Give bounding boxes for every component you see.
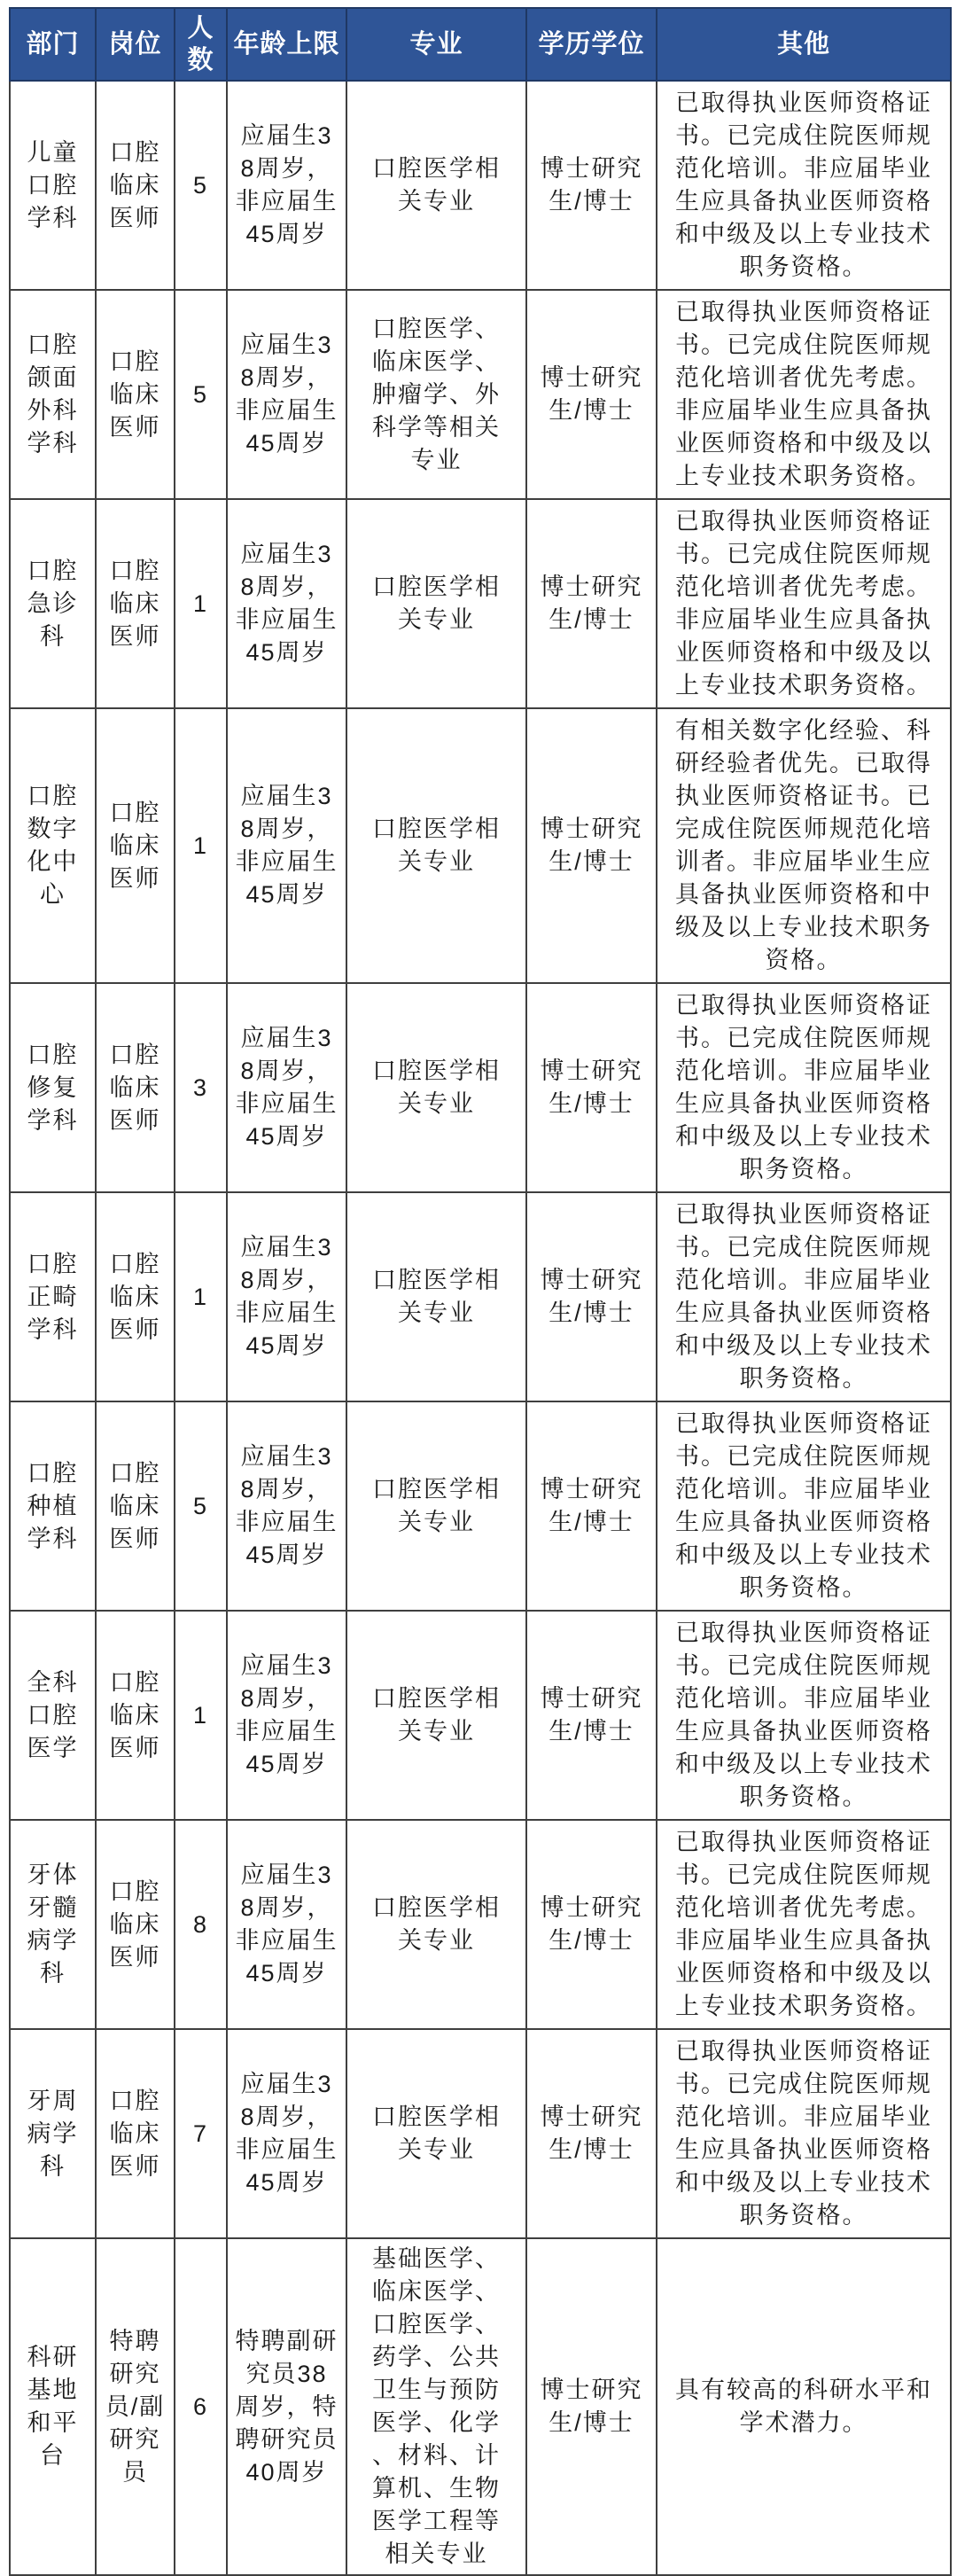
table-row: 牙体牙髓病学科口腔临床医师8应届生38周岁，非应届生45周岁口腔医学相关专业博士… bbox=[10, 1820, 951, 2029]
cell-count: 5 bbox=[175, 1401, 227, 1611]
page: 部门 岗位 人数 年龄上限 专业 学历学位 其他 儿童口腔学科口腔临床医师5应届… bbox=[0, 0, 957, 2504]
table-row: 口腔急诊科口腔临床医师1应届生38周岁，非应届生45周岁口腔医学相关专业博士研究… bbox=[10, 499, 951, 708]
cell-dept: 口腔修复学科 bbox=[10, 983, 96, 1192]
column-header-other: 其他 bbox=[657, 8, 951, 81]
table-row: 口腔种植学科口腔临床医师5应届生38周岁，非应届生45周岁口腔医学相关专业博士研… bbox=[10, 1401, 951, 1611]
cell-age: 应届生38周岁，非应届生45周岁 bbox=[227, 1192, 346, 1401]
cell-major: 口腔医学相关专业 bbox=[346, 1401, 526, 1611]
cell-other: 已取得执业医师资格证书。已完成住院医师规范化培训。非应届毕业生应具备执业医师资格… bbox=[657, 2029, 951, 2238]
cell-post: 口腔临床医师 bbox=[96, 81, 175, 290]
cell-major: 口腔医学相关专业 bbox=[346, 81, 526, 290]
cell-count: 5 bbox=[175, 290, 227, 499]
cell-major: 口腔医学相关专业 bbox=[346, 1192, 526, 1401]
cell-count: 1 bbox=[175, 708, 227, 983]
cell-age: 应届生38周岁，非应届生45周岁 bbox=[227, 81, 346, 290]
cell-other: 已取得执业医师资格证书。已完成住院医师规范化培训者优先考虑。非应届毕业生应具备执… bbox=[657, 290, 951, 499]
cell-post: 特聘研究员/副研究员 bbox=[96, 2238, 175, 2575]
cell-count: 1 bbox=[175, 499, 227, 708]
cell-age: 应届生38周岁，非应届生45周岁 bbox=[227, 499, 346, 708]
cell-other: 已取得执业医师资格证书。已完成住院医师规范化培训。非应届毕业生应具备执业医师资格… bbox=[657, 983, 951, 1192]
cell-age: 应届生38周岁，非应届生45周岁 bbox=[227, 1611, 346, 1820]
cell-degree: 博士研究生/博士 bbox=[526, 708, 657, 983]
cell-post: 口腔临床医师 bbox=[96, 708, 175, 983]
cell-post: 口腔临床医师 bbox=[96, 2029, 175, 2238]
cell-count: 5 bbox=[175, 81, 227, 290]
cell-age: 应届生38周岁，非应届生45周岁 bbox=[227, 2029, 346, 2238]
table-row: 儿童口腔学科口腔临床医师5应届生38周岁，非应届生45周岁口腔医学相关专业博士研… bbox=[10, 81, 951, 290]
cell-age: 应届生38周岁，非应届生45周岁 bbox=[227, 1401, 346, 1611]
cell-dept: 全科口腔医学 bbox=[10, 1611, 96, 1820]
table-row: 口腔颌面外科学科口腔临床医师5应届生38周岁，非应届生45周岁口腔医学、临床医学… bbox=[10, 290, 951, 499]
table-row: 口腔数字化中心口腔临床医师1应届生38周岁，非应届生45周岁口腔医学相关专业博士… bbox=[10, 708, 951, 983]
table-header: 部门 岗位 人数 年龄上限 专业 学历学位 其他 bbox=[10, 8, 951, 81]
table-body: 儿童口腔学科口腔临床医师5应届生38周岁，非应届生45周岁口腔医学相关专业博士研… bbox=[10, 81, 951, 2575]
cell-other: 已取得执业医师资格证书。已完成住院医师规范化培训。非应届毕业生应具备执业医师资格… bbox=[657, 1401, 951, 1611]
cell-count: 7 bbox=[175, 2029, 227, 2238]
cell-other: 具有较高的科研水平和学术潜力。 bbox=[657, 2238, 951, 2575]
cell-major: 口腔医学相关专业 bbox=[346, 983, 526, 1192]
cell-post: 口腔临床医师 bbox=[96, 290, 175, 499]
cell-major: 口腔医学、临床医学、肿瘤学、外科学等相关专业 bbox=[346, 290, 526, 499]
cell-degree: 博士研究生/博士 bbox=[526, 2238, 657, 2575]
cell-degree: 博士研究生/博士 bbox=[526, 2029, 657, 2238]
cell-other: 已取得执业医师资格证书。已完成住院医师规范化培训。非应届毕业生应具备执业医师资格… bbox=[657, 1611, 951, 1820]
cell-degree: 博士研究生/博士 bbox=[526, 1192, 657, 1401]
cell-major: 口腔医学相关专业 bbox=[346, 2029, 526, 2238]
cell-count: 1 bbox=[175, 1192, 227, 1401]
cell-dept: 口腔正畸学科 bbox=[10, 1192, 96, 1401]
cell-post: 口腔临床医师 bbox=[96, 983, 175, 1192]
column-header-post: 岗位 bbox=[96, 8, 175, 81]
cell-post: 口腔临床医师 bbox=[96, 1611, 175, 1820]
cell-other: 已取得执业医师资格证书。已完成住院医师规范化培训。非应届毕业生应具备执业医师资格… bbox=[657, 1192, 951, 1401]
cell-count: 3 bbox=[175, 983, 227, 1192]
cell-dept: 牙体牙髓病学科 bbox=[10, 1820, 96, 2029]
cell-degree: 博士研究生/博士 bbox=[526, 983, 657, 1192]
table-row: 全科口腔医学口腔临床医师1应届生38周岁，非应届生45周岁口腔医学相关专业博士研… bbox=[10, 1611, 951, 1820]
cell-dept: 科研基地和平台 bbox=[10, 2238, 96, 2575]
cell-dept: 口腔数字化中心 bbox=[10, 708, 96, 983]
cell-count: 6 bbox=[175, 2238, 227, 2575]
cell-count: 1 bbox=[175, 1611, 227, 1820]
cell-other: 已取得执业医师资格证书。已完成住院医师规范化培训者优先考虑。非应届毕业生应具备执… bbox=[657, 1820, 951, 2029]
column-header-count: 人数 bbox=[175, 8, 227, 81]
cell-post: 口腔临床医师 bbox=[96, 1192, 175, 1401]
table-row: 口腔修复学科口腔临床医师3应届生38周岁，非应届生45周岁口腔医学相关专业博士研… bbox=[10, 983, 951, 1192]
cell-major: 基础医学、临床医学、口腔医学、药学、公共卫生与预防医学、化学、材料、计算机、生物… bbox=[346, 2238, 526, 2575]
cell-major: 口腔医学相关专业 bbox=[346, 499, 526, 708]
header-row: 部门 岗位 人数 年龄上限 专业 学历学位 其他 bbox=[10, 8, 951, 81]
cell-major: 口腔医学相关专业 bbox=[346, 708, 526, 983]
column-header-dept: 部门 bbox=[10, 8, 96, 81]
cell-dept: 口腔种植学科 bbox=[10, 1401, 96, 1611]
cell-degree: 博士研究生/博士 bbox=[526, 81, 657, 290]
cell-count: 8 bbox=[175, 1820, 227, 2029]
table-row: 科研基地和平台特聘研究员/副研究员6特聘副研究员38周岁，特聘研究员40周岁基础… bbox=[10, 2238, 951, 2575]
table-row: 牙周病学科口腔临床医师7应届生38周岁，非应届生45周岁口腔医学相关专业博士研究… bbox=[10, 2029, 951, 2238]
column-header-age: 年龄上限 bbox=[227, 8, 346, 81]
cell-dept: 口腔颌面外科学科 bbox=[10, 290, 96, 499]
cell-other: 已取得执业医师资格证书。已完成住院医师规范化培训者优先考虑。非应届毕业生应具备执… bbox=[657, 499, 951, 708]
cell-degree: 博士研究生/博士 bbox=[526, 290, 657, 499]
column-header-degree: 学历学位 bbox=[526, 8, 657, 81]
cell-post: 口腔临床医师 bbox=[96, 1401, 175, 1611]
cell-other: 有相关数字化经验、科研经验者优先。已取得执业医师资格证书。已完成住院医师规范化培… bbox=[657, 708, 951, 983]
cell-dept: 儿童口腔学科 bbox=[10, 81, 96, 290]
cell-age: 应届生38周岁，非应届生45周岁 bbox=[227, 983, 346, 1192]
cell-degree: 博士研究生/博士 bbox=[526, 499, 657, 708]
table-row: 口腔正畸学科口腔临床医师1应届生38周岁，非应届生45周岁口腔医学相关专业博士研… bbox=[10, 1192, 951, 1401]
cell-age: 特聘副研究员38周岁，特聘研究员40周岁 bbox=[227, 2238, 346, 2575]
recruitment-table: 部门 岗位 人数 年龄上限 专业 学历学位 其他 儿童口腔学科口腔临床医师5应届… bbox=[9, 7, 952, 2576]
cell-other: 已取得执业医师资格证书。已完成住院医师规范化培训。非应届毕业生应具备执业医师资格… bbox=[657, 81, 951, 290]
cell-age: 应届生38周岁，非应届生45周岁 bbox=[227, 290, 346, 499]
cell-degree: 博士研究生/博士 bbox=[526, 1820, 657, 2029]
cell-post: 口腔临床医师 bbox=[96, 499, 175, 708]
cell-degree: 博士研究生/博士 bbox=[526, 1401, 657, 1611]
cell-post: 口腔临床医师 bbox=[96, 1820, 175, 2029]
cell-dept: 口腔急诊科 bbox=[10, 499, 96, 708]
cell-major: 口腔医学相关专业 bbox=[346, 1611, 526, 1820]
column-header-major: 专业 bbox=[346, 8, 526, 81]
cell-age: 应届生38周岁，非应届生45周岁 bbox=[227, 1820, 346, 2029]
cell-dept: 牙周病学科 bbox=[10, 2029, 96, 2238]
cell-age: 应届生38周岁，非应届生45周岁 bbox=[227, 708, 346, 983]
cell-major: 口腔医学相关专业 bbox=[346, 1820, 526, 2029]
cell-degree: 博士研究生/博士 bbox=[526, 1611, 657, 1820]
